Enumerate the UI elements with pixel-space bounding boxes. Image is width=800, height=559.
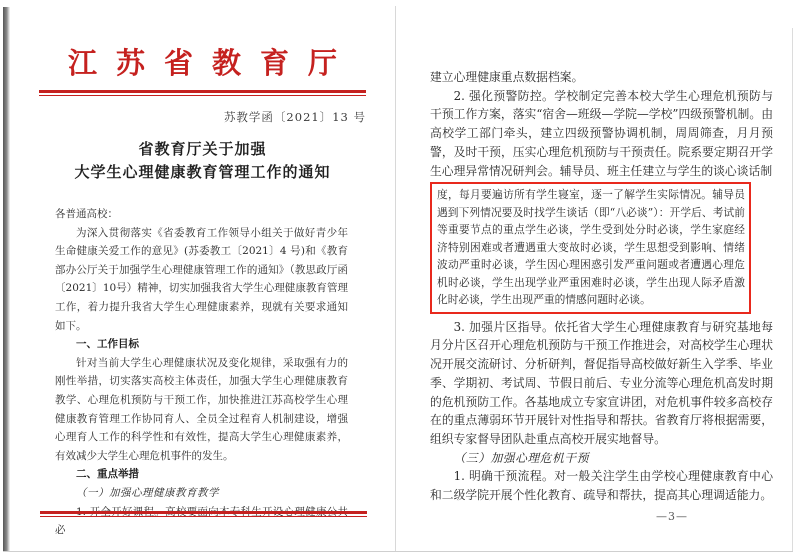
salutation: 各普通高校： (55, 205, 348, 224)
page-bottom-edge (3, 551, 793, 552)
header-red-separator (39, 90, 366, 96)
subheading-crisis-intervention: （三）加强心理危机干预 (430, 449, 773, 468)
heading-key-measures: 二、重点举措 (55, 465, 348, 484)
notice-title: 省教育厅关于加强 大学生心理健康教育管理工作的通知 (10, 138, 395, 183)
doc-number: 苏教学函〔2021〕13 号 (39, 109, 366, 125)
item-district-guidance: 3. 加强片区指导。依托省大学生心理健康教育与研究基地每月分片区召开心理危机预防… (430, 318, 773, 449)
page-right-edge (792, 28, 793, 552)
highlighted-passage: 度，每月要遍访所有学生寝室，逐一了解学生实际情况。辅导员遇到下列情况要及时找学生… (430, 182, 751, 314)
page-number: —3— (656, 510, 688, 523)
agency-header: 江苏省教育厅 (10, 42, 395, 84)
work-goals-paragraph: 针对当前大学生心理健康状况及变化规律，采取强有力的刚性举措，切实落实高校主体责任… (55, 354, 348, 466)
subheading-education-teaching: （一）加强心理健康教育教学 (55, 484, 348, 503)
notice-title-line1: 省教育厅关于加强 (10, 138, 395, 161)
heading-work-goals: 一、工作目标 (55, 335, 348, 354)
item-intervention-process: 1. 明确干预流程。对一般关注学生由学校心理健康教育中心和二级学院开展个性化教育… (430, 467, 773, 504)
page-spine-shadow (3, 7, 10, 552)
left-page: 江苏省教育厅 苏教学函〔2021〕13 号 省教育厅关于加强 大学生心理健康教育… (10, 0, 395, 551)
intro-paragraph: 为深入贯彻落实《省委教育工作领导小组关于做好青少年生命健康关爱工作的意见》(苏委… (55, 224, 348, 336)
left-page-body: 各普通高校：为深入贯彻落实《省委教育工作领导小组关于做好青少年生命健康关爱工作的… (55, 205, 348, 540)
notice-title-line2: 大学生心理健康教育管理工作的通知 (10, 161, 395, 184)
scanned-document: 江苏省教育厅 苏教学函〔2021〕13 号 省教育厅关于加强 大学生心理健康教育… (0, 0, 800, 559)
footer-red-separator (40, 511, 367, 517)
item-open-courses: 1. 开全开好课程。高校要面向本专科生开设心理健康公共必 (55, 503, 348, 540)
right-page-body: 建立心理健康重点数据档案。2. 强化预警防控。学校制定完善本校大学生心理危机预防… (430, 68, 773, 505)
carryover-archive-line: 建立心理健康重点数据档案。 (430, 68, 773, 87)
item-early-warning: 2. 强化预警防控。学校制定完善本校大学生心理危机预防与干预工作方案，落实“宿舍… (430, 87, 773, 181)
right-page: 建立心理健康重点数据档案。2. 强化预警防控。学校制定完善本校大学生心理危机预防… (396, 0, 792, 551)
